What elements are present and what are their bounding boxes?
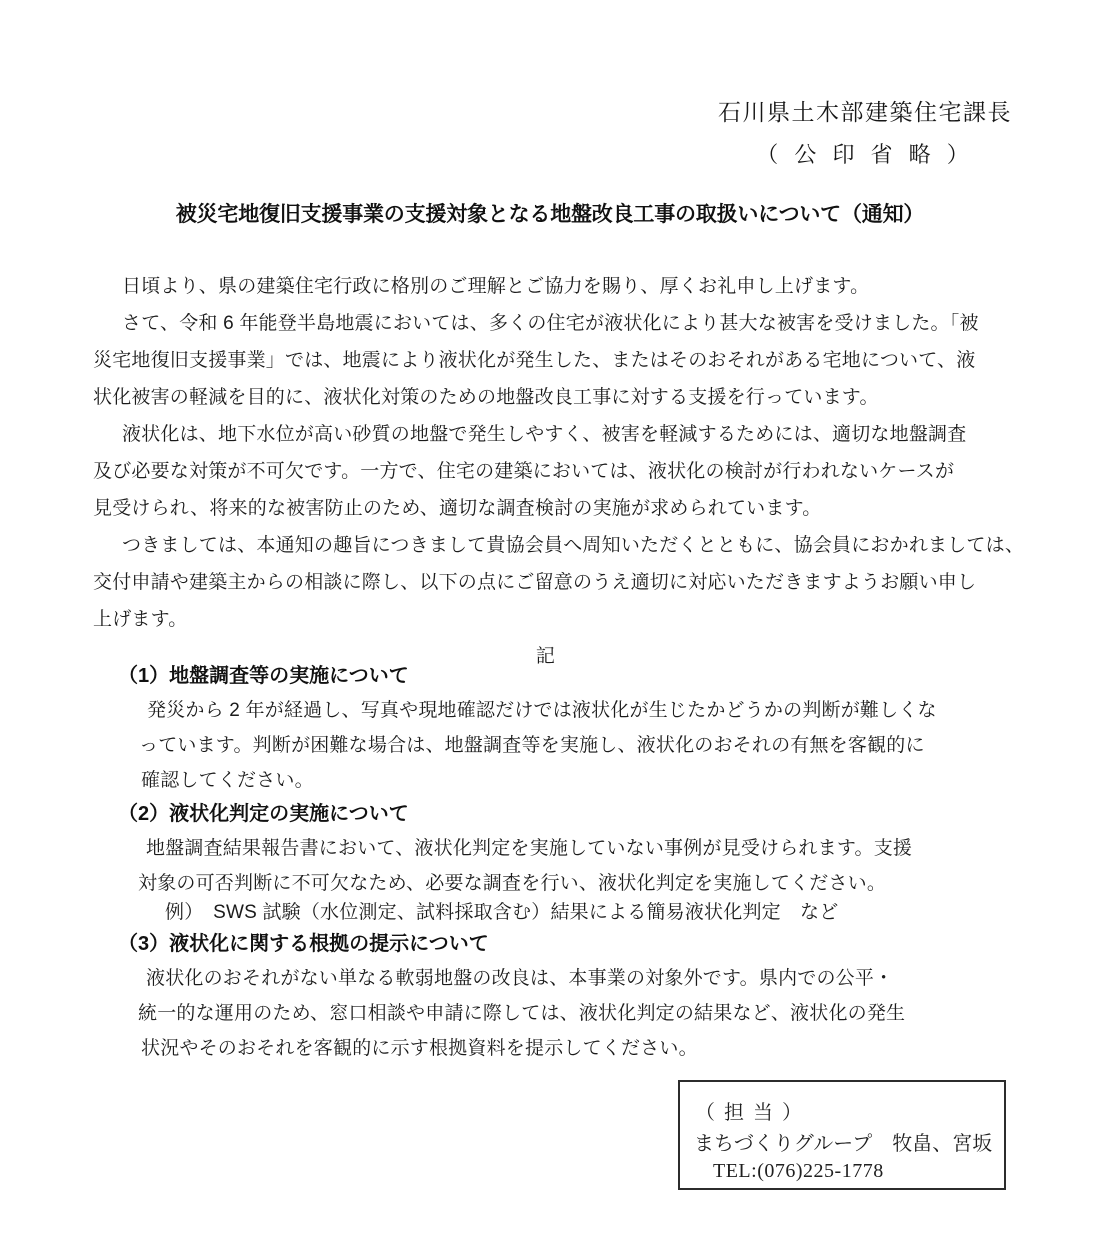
body-line: 交付申請や建築主からの相談に際し、以下の点にご留意のうえ適切に対応いただきますよ… [93,564,1008,601]
section-1-heading: （1）地盤調査等の実施について [118,664,409,689]
section-3-line: 状況やそのおそれを客観的に示す根拠資料を提示してください。 [141,1037,698,1061]
body-line: 災宅地復旧支援事業」では、地震により液状化が発生した、またはそのおそれがある宅地… [93,342,1008,379]
section-3-heading: （3）液状化に関する根拠の提示について [118,932,489,957]
document-title: 被災宅地復旧支援事業の支援対象となる地盤改良工事の取扱いについて（通知） [0,198,1100,228]
contact-label: （ 担 当 ） [695,1096,804,1125]
body-line: 上げます。 [93,601,1008,638]
body-line: 見受けられ、将来的な被害防止のため、適切な調査検討の実施が求められています。 [93,490,1008,527]
body-line: つきましては、本通知の趣旨につきまして貴協会員へ周知いただくとともに、協会員にお… [93,527,1008,564]
scanned-letter: 石川県土木部建築住宅課長 （ 公 印 省 略 ） 被災宅地復旧支援事業の支援対象… [0,0,1100,1255]
section-3-line: 統一的な運用のため、窓口相談や申請に際しては、液状化判定の結果など、液状化の発生 [138,1002,905,1026]
body-line: さて、令和 6 年能登半島地震においては、多くの住宅が液状化により甚大な被害を受… [93,305,1008,342]
section-3-line: 液状化のおそれがない単なる軟弱地盤の改良は、本事業の対象外です。県内での公平・ [146,967,893,991]
section-1-line: 確認してください。 [141,769,314,793]
section-2-example-line: 例） SWS 試験（水位測定、試料採取含む）結果による簡易液状化判定 など [165,901,838,925]
section-2-heading: （2）液状化判定の実施について [118,802,409,827]
section-1-line: っています。判断が困難な場合は、地盤調査等を実施し、液状化のおそれの有無を客観的… [139,734,925,758]
letter-body: 日頃より、県の建築住宅行政に格別のご理解とご協力を賜り、厚くお礼申し上げます。 … [93,268,1008,675]
body-line: 日頃より、県の建築住宅行政に格別のご理解とご協力を賜り、厚くお礼申し上げます。 [93,268,1008,305]
section-2-line: 地盤調査結果報告書において、液状化判定を実施していない事例が見受けられます。支援 [146,837,912,861]
body-line: 状化被害の軽減を目的に、液状化対策のための地盤改良工事に対する支援を行っています… [93,379,1008,416]
section-2-line: 対象の可否判断に不可欠なため、必要な調査を行い、液状化判定を実施してください。 [138,872,886,896]
sender-line: 石川県土木部建築住宅課長 [718,94,1012,127]
body-line: 及び必要な対策が不可欠です。一方で、住宅の建築においては、液状化の検討が行われな… [93,453,1008,490]
contact-telephone: TEL:(076)225-1778 [713,1160,884,1183]
contact-box: （ 担 当 ） まちづくりグループ 牧畠、宮坂 TEL:(076)225-177… [678,1080,1006,1190]
contact-group-names: まちづくりグループ 牧畠、宮坂 [694,1127,992,1156]
body-line: 液状化は、地下水位が高い砂質の地盤で発生しやすく、被害を軽減するためには、適切な… [93,416,1008,453]
sender-block: 石川県土木部建築住宅課長 （ 公 印 省 略 ） [718,94,1012,169]
section-1-line: 発災から 2 年が経過し、写真や現地確認だけでは液状化が生じたかどうかの判断が難… [147,699,937,723]
seal-omitted-note: （ 公 印 省 略 ） [718,138,1012,169]
